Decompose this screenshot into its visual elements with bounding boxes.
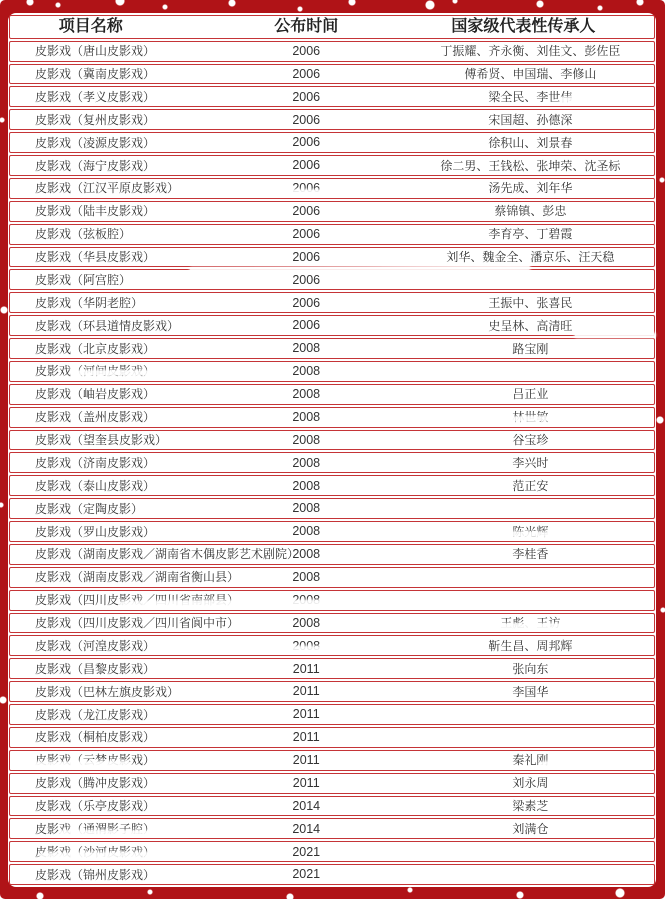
cell-publish-year: 2008 bbox=[268, 411, 345, 424]
cell-project-name: 皮影戏（华县皮影戏） bbox=[10, 251, 268, 263]
cell-project-name: 皮影戏（龙江皮影戏） bbox=[10, 709, 268, 721]
table-row: 皮影戏（北京皮影戏） 2008 路宝刚 bbox=[9, 338, 655, 359]
cell-publish-year: 2011 bbox=[268, 777, 345, 790]
cell-project-name: 皮影戏（云梦皮影戏） bbox=[10, 754, 268, 766]
cell-project-name: 皮影戏（昌黎皮影戏） bbox=[10, 663, 268, 675]
cell-project-name: 皮影戏（盖州皮影戏） bbox=[10, 411, 268, 423]
cell-inheritors: 傅希贤、申国瑞、李修山 bbox=[345, 68, 654, 80]
cell-project-name: 皮影戏（乐亭皮影戏） bbox=[10, 800, 268, 812]
table-row: 皮影戏（桐柏皮影戏） 2011 bbox=[9, 727, 655, 748]
cell-project-name: 皮影戏（北京皮影戏） bbox=[10, 343, 268, 355]
table-header-row: 项目名称 公布时间 国家级代表性传承人 bbox=[9, 15, 655, 39]
table-row: 皮影戏（锦州皮影戏） 2021 bbox=[9, 864, 655, 885]
table-row: 皮影戏（泰山皮影戏） 2008 范正安 bbox=[9, 475, 655, 496]
header-publish-year: 公布时间 bbox=[268, 19, 345, 35]
cell-publish-year: 2006 bbox=[268, 297, 345, 310]
cell-project-name: 皮影戏（岫岩皮影戏） bbox=[10, 388, 268, 400]
table-row: 皮影戏（罗山皮影戏） 2008 陈光辉 bbox=[9, 521, 655, 542]
stamp-border-frame: 项目名称 公布时间 国家级代表性传承人 皮影戏（唐山皮影戏） 2006 丁振耀、… bbox=[0, 0, 665, 899]
cell-inheritors: 李兴时 bbox=[345, 457, 654, 469]
table-row: 皮影戏（湖南皮影戏／湖南省衡山县） 2008 bbox=[9, 567, 655, 588]
table-row: 皮影戏（乐亭皮影戏） 2014 梁素芝 bbox=[9, 796, 655, 817]
cell-project-name: 皮影戏（江汉平原皮影戏） bbox=[10, 182, 268, 194]
cell-publish-year: 2006 bbox=[268, 251, 345, 264]
cell-publish-year: 2006 bbox=[268, 319, 345, 332]
cell-publish-year: 2008 bbox=[268, 640, 345, 653]
cell-publish-year: 2008 bbox=[268, 594, 345, 607]
table-row: 皮影戏（湖南皮影戏／湖南省木偶皮影艺术剧院） 2008 李桂香 bbox=[9, 544, 655, 565]
cell-publish-year: 2008 bbox=[268, 365, 345, 378]
cell-project-name: 皮影戏（唐山皮影戏） bbox=[10, 45, 268, 57]
cell-publish-year: 2006 bbox=[268, 114, 345, 127]
table-row: 皮影戏（阿宫腔） 2006 bbox=[9, 269, 655, 290]
table-row: 皮影戏（腾冲皮影戏） 2011 刘永周 bbox=[9, 773, 655, 794]
table-row: 皮影戏（河间皮影戏） 2008 bbox=[9, 361, 655, 382]
cell-publish-year: 2008 bbox=[268, 548, 345, 561]
cell-inheritors: 秦礼刚 bbox=[345, 754, 654, 766]
cell-project-name: 皮影戏（环县道情皮影戏） bbox=[10, 320, 268, 332]
cell-inheritors: 刘满仓 bbox=[345, 823, 654, 835]
table-row: 皮影戏（冀南皮影戏） 2006 傅希贤、申国瑞、李修山 bbox=[9, 64, 655, 85]
cell-project-name: 皮影戏（阿宫腔） bbox=[10, 274, 268, 286]
cell-publish-year: 2011 bbox=[268, 708, 345, 721]
table-row: 皮影戏（沙河皮影戏） 2021 bbox=[9, 841, 655, 862]
cell-inheritors: 路宝刚 bbox=[345, 343, 654, 355]
cell-inheritors: 宋国超、孙德深 bbox=[345, 114, 654, 126]
cell-publish-year: 2008 bbox=[268, 342, 345, 355]
cell-project-name: 皮影戏（河间皮影戏） bbox=[10, 365, 268, 377]
cell-project-name: 皮影戏（锦州皮影戏） bbox=[10, 869, 268, 881]
cell-inheritors: 刘华、魏金全、潘京乐、汪天稳 bbox=[345, 251, 654, 263]
cell-publish-year: 2014 bbox=[268, 800, 345, 813]
cell-project-name: 皮影戏（定陶皮影） bbox=[10, 503, 268, 515]
cell-inheritors: 吕正业 bbox=[345, 388, 654, 400]
table-row: 皮影戏（唐山皮影戏） 2006 丁振耀、齐永衡、刘佳文、彭佐臣 bbox=[9, 41, 655, 62]
cell-publish-year: 2011 bbox=[268, 685, 345, 698]
cell-inheritors: 林世敏 bbox=[345, 411, 654, 423]
cell-publish-year: 2008 bbox=[268, 480, 345, 493]
table-row: 皮影戏（通渭影子腔） 2014 刘满仓 bbox=[9, 818, 655, 839]
cell-project-name: 皮影戏（望奎县皮影戏） bbox=[10, 434, 268, 446]
cell-publish-year: 2008 bbox=[268, 525, 345, 538]
table-row: 皮影戏（云梦皮影戏） 2011 秦礼刚 bbox=[9, 750, 655, 771]
cell-project-name: 皮影戏（华阴老腔） bbox=[10, 297, 268, 309]
table-row: 皮影戏（望奎县皮影戏） 2008 谷宝珍 bbox=[9, 430, 655, 451]
cell-inheritors: 王振中、张喜民 bbox=[345, 297, 654, 309]
cell-publish-year: 2006 bbox=[268, 274, 345, 287]
cell-inheritors: 范正安 bbox=[345, 480, 654, 492]
cell-inheritors: 王彪、王访 bbox=[345, 617, 654, 629]
cell-inheritors: 刘永周 bbox=[345, 777, 654, 789]
table-row: 皮影戏（定陶皮影） 2008 bbox=[9, 498, 655, 519]
table-row: 皮影戏（四川皮影戏／四川省阆中市） 2008 王彪、王访 bbox=[9, 613, 655, 634]
cell-inheritors: 汤先成、刘年华 bbox=[345, 182, 654, 194]
cell-inheritors: 李桂香 bbox=[345, 548, 654, 560]
cell-inheritors: 陈光辉 bbox=[345, 526, 654, 538]
cell-publish-year: 2008 bbox=[268, 571, 345, 584]
cell-project-name: 皮影戏（巴林左旗皮影戏） bbox=[10, 686, 268, 698]
cell-project-name: 皮影戏（通渭影子腔） bbox=[10, 823, 268, 835]
header-project-name: 项目名称 bbox=[10, 19, 268, 35]
table-row: 皮影戏（龙江皮影戏） 2011 bbox=[9, 704, 655, 725]
cell-publish-year: 2006 bbox=[268, 91, 345, 104]
cell-inheritors: 谷宝珍 bbox=[345, 434, 654, 446]
table-row: 皮影戏（岫岩皮影戏） 2008 吕正业 bbox=[9, 384, 655, 405]
cell-publish-year: 2008 bbox=[268, 457, 345, 470]
cell-publish-year: 2006 bbox=[268, 228, 345, 241]
cell-project-name: 皮影戏（冀南皮影戏） bbox=[10, 68, 268, 80]
table-row: 皮影戏（弦板腔） 2006 李育亭、丁碧霞 bbox=[9, 224, 655, 245]
cell-project-name: 皮影戏（泰山皮影戏） bbox=[10, 480, 268, 492]
table-row: 皮影戏（海宁皮影戏） 2006 徐二男、王钱松、张坤荣、沈圣标 bbox=[9, 155, 655, 176]
cell-inheritors: 李国华 bbox=[345, 686, 654, 698]
cell-inheritors: 梁素芝 bbox=[345, 800, 654, 812]
cell-project-name: 皮影戏（罗山皮影戏） bbox=[10, 526, 268, 538]
cell-publish-year: 2006 bbox=[268, 45, 345, 58]
cell-inheritors: 李育亭、丁碧霞 bbox=[345, 228, 654, 240]
table-row: 皮影戏（江汉平原皮影戏） 2006 汤先成、刘年华 bbox=[9, 178, 655, 199]
cell-inheritors: 梁全民、李世伟 bbox=[345, 91, 654, 103]
cell-project-name: 皮影戏（孝义皮影戏） bbox=[10, 91, 268, 103]
table-row: 皮影戏（巴林左旗皮影戏） 2011 李国华 bbox=[9, 681, 655, 702]
cell-project-name: 皮影戏（弦板腔） bbox=[10, 228, 268, 240]
cell-publish-year: 2006 bbox=[268, 182, 345, 195]
cell-publish-year: 2008 bbox=[268, 434, 345, 447]
cell-project-name: 皮影戏（凌源皮影戏） bbox=[10, 137, 268, 149]
table-row: 皮影戏（复州皮影戏） 2006 宋国超、孙德深 bbox=[9, 109, 655, 130]
cell-publish-year: 2011 bbox=[268, 754, 345, 767]
cell-inheritors: 徐积山、刘景春 bbox=[345, 137, 654, 149]
header-inheritors: 国家级代表性传承人 bbox=[345, 19, 654, 35]
cell-inheritors: 靳生昌、周邦辉 bbox=[345, 640, 654, 652]
cell-inheritors: 史呈林、高清旺 bbox=[345, 320, 654, 332]
cell-publish-year: 2014 bbox=[268, 823, 345, 836]
cell-publish-year: 2008 bbox=[268, 617, 345, 630]
cell-project-name: 皮影戏（沙河皮影戏） bbox=[10, 846, 268, 858]
table-row: 皮影戏（孝义皮影戏） 2006 梁全民、李世伟 bbox=[9, 86, 655, 107]
cell-project-name: 皮影戏（复州皮影戏） bbox=[10, 114, 268, 126]
table-row: 皮影戏（陆丰皮影戏） 2006 蔡锦镇、彭忠 bbox=[9, 201, 655, 222]
cell-inheritors: 徐二男、王钱松、张坤荣、沈圣标 bbox=[345, 160, 654, 172]
table-row: 皮影戏（四川皮影戏／四川省南部县） 2008 bbox=[9, 590, 655, 611]
cell-publish-year: 2011 bbox=[268, 663, 345, 676]
cell-project-name: 皮影戏（腾冲皮影戏） bbox=[10, 777, 268, 789]
table-row: 皮影戏（环县道情皮影戏） 2006 史呈林、高清旺 bbox=[9, 315, 655, 336]
cell-inheritors: 蔡锦镇、彭忠 bbox=[345, 205, 654, 217]
cell-project-name: 皮影戏（四川皮影戏／四川省阆中市） bbox=[10, 617, 268, 629]
cell-inheritors: 张向东 bbox=[345, 663, 654, 675]
table-row: 皮影戏（华县皮影戏） 2006 刘华、魏金全、潘京乐、汪天稳 bbox=[9, 247, 655, 268]
cell-publish-year: 2008 bbox=[268, 388, 345, 401]
cell-publish-year: 2006 bbox=[268, 205, 345, 218]
cell-project-name: 皮影戏（河湟皮影戏） bbox=[10, 640, 268, 652]
table-row: 皮影戏（昌黎皮影戏） 2011 张向东 bbox=[9, 658, 655, 679]
table-row: 皮影戏（凌源皮影戏） 2006 徐积山、刘景春 bbox=[9, 132, 655, 153]
cell-publish-year: 2006 bbox=[268, 159, 345, 172]
cell-publish-year: 2006 bbox=[268, 136, 345, 149]
cell-publish-year: 2011 bbox=[268, 731, 345, 744]
cell-project-name: 皮影戏（湖南皮影戏／湖南省衡山县） bbox=[10, 571, 268, 583]
table-row: 皮影戏（华阴老腔） 2006 王振中、张喜民 bbox=[9, 292, 655, 313]
cell-publish-year: 2021 bbox=[268, 846, 345, 859]
cell-inheritors: 丁振耀、齐永衡、刘佳文、彭佐臣 bbox=[345, 45, 654, 57]
cell-project-name: 皮影戏（四川皮影戏／四川省南部县） bbox=[10, 594, 268, 606]
table-row: 皮影戏（济南皮影戏） 2008 李兴时 bbox=[9, 452, 655, 473]
cell-project-name: 皮影戏（桐柏皮影戏） bbox=[10, 731, 268, 743]
cell-publish-year: 2021 bbox=[268, 868, 345, 881]
cell-project-name: 皮影戏（湖南皮影戏／湖南省木偶皮影艺术剧院） bbox=[10, 548, 268, 560]
table-row: 皮影戏（盖州皮影戏） 2008 林世敏 bbox=[9, 407, 655, 428]
cell-project-name: 皮影戏（海宁皮影戏） bbox=[10, 160, 268, 172]
cell-publish-year: 2006 bbox=[268, 68, 345, 81]
cell-publish-year: 2008 bbox=[268, 502, 345, 515]
table-row: 皮影戏（河湟皮影戏） 2008 靳生昌、周邦辉 bbox=[9, 635, 655, 656]
cell-project-name: 皮影戏（陆丰皮影戏） bbox=[10, 205, 268, 217]
heritage-table: 项目名称 公布时间 国家级代表性传承人 皮影戏（唐山皮影戏） 2006 丁振耀、… bbox=[8, 13, 656, 887]
cell-project-name: 皮影戏（济南皮影戏） bbox=[10, 457, 268, 469]
